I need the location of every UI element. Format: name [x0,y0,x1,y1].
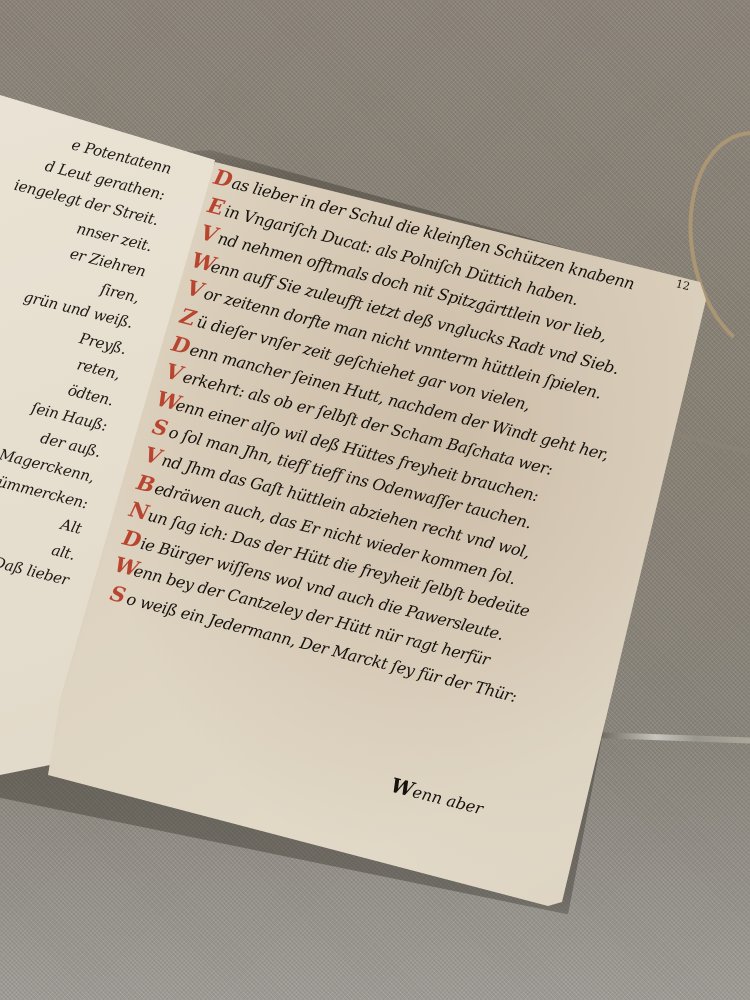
spectacles-hinge-arm [600,732,750,744]
spectacles-temple-arm [669,430,750,455]
photo-scene: e Potentatenn d Leut gerathen: iengelegt… [0,0,750,1000]
